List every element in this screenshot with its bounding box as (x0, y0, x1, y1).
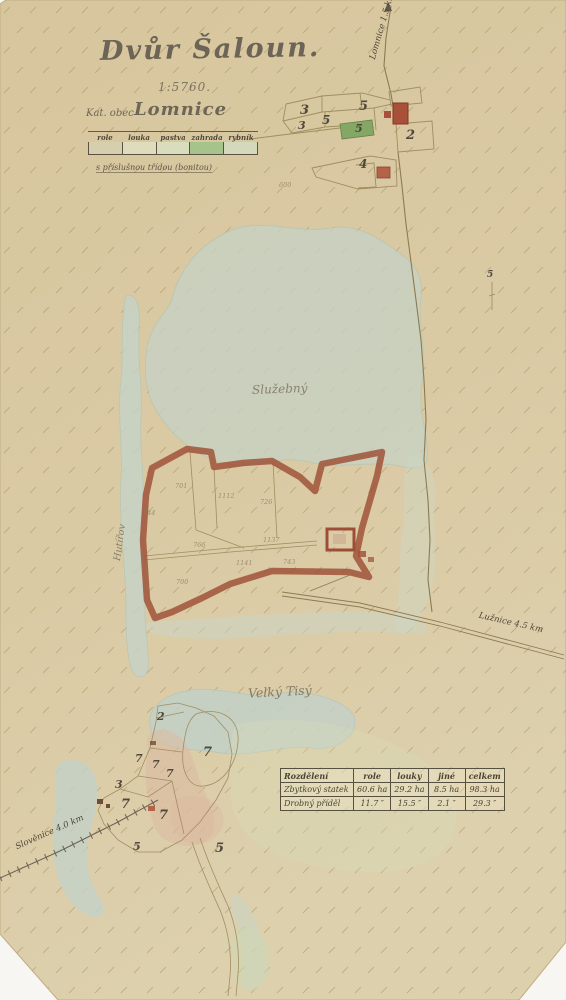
hamlet-building-red (148, 806, 155, 811)
hamlet-building-2 (106, 804, 110, 808)
small-building-red-1 (384, 111, 391, 118)
hamlet-building-3 (150, 741, 156, 745)
small-building-red-2 (377, 167, 390, 178)
scanned-cadastral-map: Dvůr Šaloun. 1:5760. Kat. obec Lomnice r… (0, 0, 566, 1000)
map-canvas (0, 0, 566, 1000)
hamlet-building-1 (97, 799, 103, 804)
manor-building-red (393, 103, 408, 124)
